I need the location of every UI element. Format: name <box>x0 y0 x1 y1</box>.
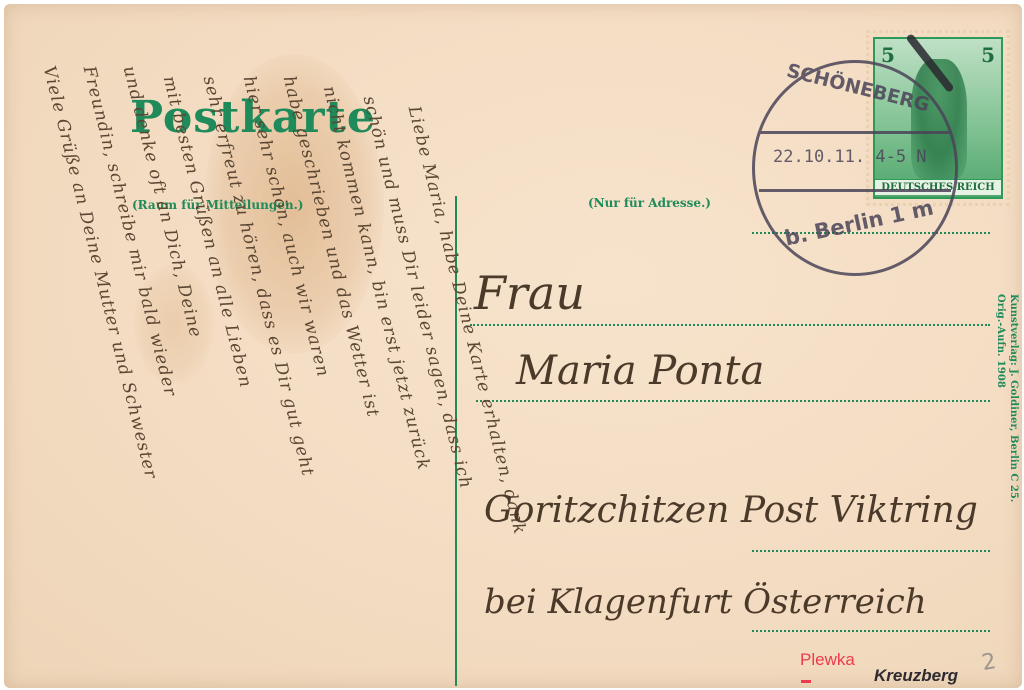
postmark-district: b. Berlin 1 m <box>778 195 939 252</box>
red-archive-stamp: Plewka <box>800 650 855 670</box>
postcard-back: Postkarte (Raum für Mitteilungen.) (Nur … <box>4 4 1022 688</box>
address-line-2: Maria Ponta <box>516 348 764 394</box>
address-line-3: Goritzchitzen Post Viktring <box>484 490 978 531</box>
address-line <box>476 400 990 402</box>
postmark: SCHÖNEBERG 22.10.11. 4-5 N b. Berlin 1 m <box>752 60 958 276</box>
address-line <box>752 550 990 552</box>
address-line <box>470 324 990 326</box>
black-archive-stamp: Kreuzberg <box>874 666 958 686</box>
red-dash <box>801 680 811 683</box>
address-line <box>752 630 990 632</box>
publisher-imprint: Kunstverlag: J. Goldiner, Berlin C 25. O… <box>994 294 1020 502</box>
publisher-line: Orig.-Aufn. 1908 <box>995 294 1006 388</box>
address-line-4: bei Klagenfurt Österreich <box>484 582 927 622</box>
publisher-line: Kunstverlag: J. Goldiner, Berlin C 25. <box>1008 294 1019 502</box>
address-line-1: Frau <box>474 266 585 320</box>
pencil-note: 2 <box>980 649 998 676</box>
message-area: Viele Grüße an Deine Mutter und Schweste… <box>18 64 448 684</box>
postmark-date: 22.10.11. 4-5 N <box>773 147 927 167</box>
postmark-bar <box>759 131 951 134</box>
postmark-bar <box>759 189 951 192</box>
stamp-value: 5 <box>981 43 995 67</box>
address-area-label: (Nur für Adresse.) <box>588 196 711 210</box>
